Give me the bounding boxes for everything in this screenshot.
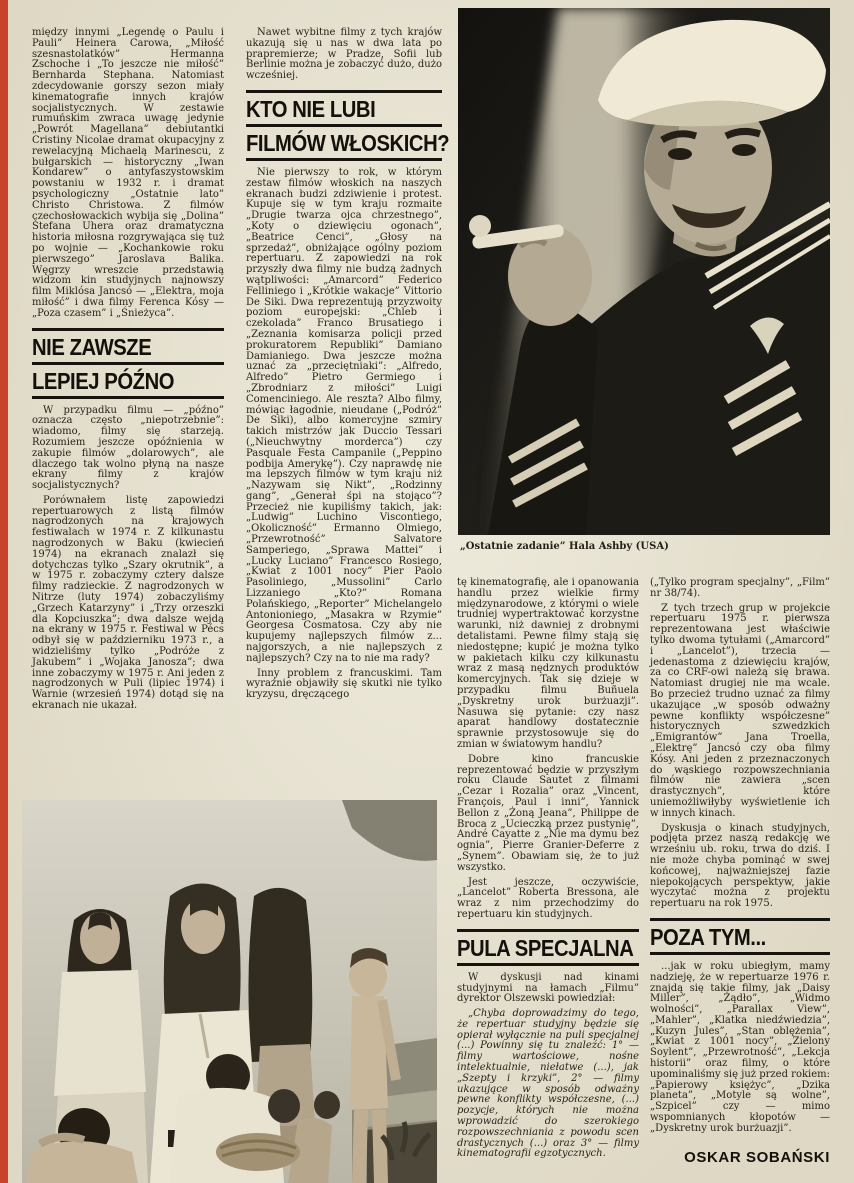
article-paragraph: między innymi „Legendę o Paulu i Pauli” … [32,28,224,320]
column-3: tę kinematografię, ale i opanowania hand… [457,578,639,1164]
section-heading-pula-specjalna: PULA SPECJALNA [457,929,639,966]
left-accent-bar [0,0,8,1183]
heading-rule [32,396,224,399]
article-paragraph: („Tylko program specjalny”, „Film” nr 38… [650,578,830,600]
article-paragraph: Porównałem listę zapowiedzi repertuarowy… [32,496,224,712]
article-quote-paragraph: „Chyba doprowadzimy do tego, że repertua… [457,1009,639,1160]
magazine-page: { "colors": { "page_bg": "#e9e4d2", "ink… [0,0,854,1183]
article-paragraph: ...jak w roku ubiegłym, mamy nadzieję, ż… [650,962,830,1135]
article-paragraph: Dyskusja o kinach studyjnych, podjęta pr… [650,824,830,910]
heading-line: NIE ZAWSZE [32,335,151,359]
article-paragraph: Inny problem z francuskimi. Tam wyraźnie… [246,669,442,701]
section-heading-nie-zawsze: NIE ZAWSZE LEPIEJ PÓŹNO [32,328,224,399]
heading-rule [457,963,639,966]
photo-top-caption: „Ostatnie zadanie” Hala Ashby (USA) [460,541,830,553]
column-1: między innymi „Legendę o Paulu i Pauli” … [32,28,224,716]
article-paragraph: Jest jeszcze, oczywiście, „Lancelot” Rob… [457,878,639,921]
column-2: Nawet wybitne filmy z tych krajów ukazuj… [246,28,442,705]
photo-bottom-film-still-image [22,800,437,1183]
photo-top-sailor-image [458,8,830,535]
section-heading-poza-tym: POZA TYM... [650,918,830,955]
heading-line: POZA TYM... [650,925,766,949]
heading-line: PULA SPECJALNA [457,936,633,960]
article-paragraph: Z tych trzech grup w projekcie repertuar… [650,604,830,820]
author-signature: OSKAR SOBAŃSKI [650,1149,830,1167]
column-4: („Tylko program specjalny”, „Film” nr 38… [650,578,830,1167]
section-heading-kto-nie-lubi: KTO NIE LUBI FILMÓW WŁOSKICH? [246,90,442,161]
article-paragraph: Nawet wybitne filmy z tych krajów ukazuj… [246,28,442,82]
heading-rule [650,952,830,955]
article-paragraph: W dyskusji nad kinami studyjnymi na łama… [457,973,639,1005]
heading-line: FILMÓW WŁOSKICH? [246,131,449,155]
article-paragraph: Nie pierwszy to rok, w którym zestaw fil… [246,168,442,665]
article-paragraph: tę kinematografię, ale i opanowania hand… [457,578,639,751]
article-paragraph: W przypadku filmu — „późno” oznacza częs… [32,406,224,492]
heading-line: LEPIEJ PÓŹNO [32,369,174,393]
heading-line: KTO NIE LUBI [246,97,375,121]
heading-rule [246,158,442,161]
article-paragraph: Dobre kino francuskie reprezentować będz… [457,755,639,874]
